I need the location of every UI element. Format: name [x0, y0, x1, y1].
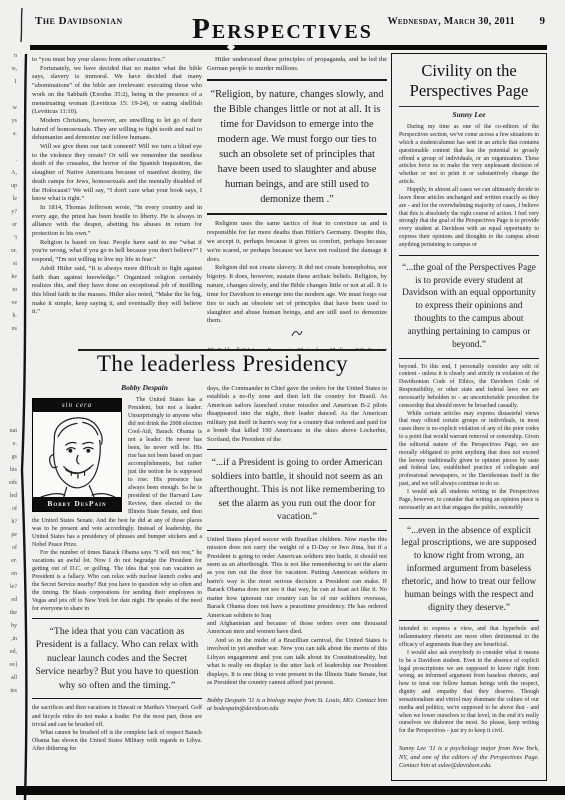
article-paragraph: Religion did not create slavery. It did …	[207, 264, 387, 326]
article-paragraph: United States played soccer with Brazili…	[207, 536, 387, 620]
civility-article-title: Civility on the Perspectives Page	[399, 61, 539, 107]
article-paragraph: For the number of times Barack Obama say…	[32, 549, 202, 613]
article-paragraph: Hitler understood these principles of pr…	[207, 56, 387, 74]
religion-article-left-column: to “you must buy your slaves from other …	[32, 56, 202, 348]
article-paragraph: During my time as one of the co-editors …	[399, 124, 539, 187]
publication-name: The Davidsonian	[35, 15, 123, 27]
presidency-pull-quote-mid: “...if a President is going to order Ame…	[207, 449, 387, 531]
page-bottom-rule	[16, 786, 565, 795]
portrait-sketch-icon	[33, 412, 121, 497]
article-paragraph: intended to express a view, and that hyp…	[399, 626, 539, 650]
cartoon-title: sin cera	[33, 399, 121, 412]
article-paragraph: In 1814, Thomas Jefferson wrote, “In eve…	[32, 204, 202, 239]
masthead-rule	[30, 45, 547, 50]
section-title: Perspectives	[175, 13, 390, 46]
article-paragraph: the sacrifices and then vacations in Haw…	[32, 704, 202, 728]
presidency-article-left-column: Bobby Despain sin cera	[32, 383, 202, 775]
civility-pull-quote-1: “...the goal of the Perspectives Page is…	[399, 255, 539, 359]
civility-pull-quote-2: “...even in the absence of explicit lega…	[399, 518, 539, 622]
edge-text-fragments-bottom: nat e. gs his eds led of h? pe of er. on…	[9, 425, 17, 698]
signature-squiggle	[289, 328, 305, 338]
civility-article-author: Sunny Lee	[399, 110, 539, 120]
article-paragraph: days, the Commander in Chief gave the or…	[207, 385, 387, 444]
presidency-article-mid-column: days, the Commander in Chief gave the or…	[207, 385, 387, 783]
article-paragraph: Adolf Hitler said, “It is always more di…	[32, 265, 202, 317]
article-paragraph: to “you must buy your slaves from other …	[32, 56, 202, 65]
article-paragraph: Modern Christians, however, are unwillin…	[32, 117, 202, 143]
article-paragraph: And so in the midst of a Brazillian carn…	[207, 637, 387, 688]
cartoon-portrait	[33, 412, 121, 497]
religion-article-mid-column: Hitler understood these principles of pr…	[207, 56, 387, 350]
article-paragraph: While certain articles may express dista…	[399, 411, 539, 489]
presidency-article-author: Bobby Despain	[87, 383, 202, 393]
article-paragraph: beyond. To this end, I personally consid…	[399, 364, 539, 411]
religion-pull-quote: “Religion, by nature, changes slowly, an…	[207, 79, 387, 216]
scan-edge-strip: n w, 1 w ys a. . A, up le y? er 't or. s…	[0, 0, 20, 800]
article-paragraph: I would ask all students writing to the …	[399, 489, 539, 513]
article-paragraph: Will we give them our tacit consent? Wil…	[32, 143, 202, 204]
newspaper-page: n w, 1 w ys a. . A, up le y? er 't or. s…	[0, 0, 565, 800]
page-number: 9	[540, 15, 546, 27]
presidency-article-byline: Bobby Despain '11 is a biology major fro…	[207, 697, 387, 714]
edge-text-fragments-top: n w, 1 w ys a. . A, up le y? er 't or. s…	[11, 50, 17, 336]
cartoon-artist-name: Bobby DesPain	[33, 497, 121, 511]
civility-article-byline: Sunny Lee '11 is a psychology major from…	[399, 745, 539, 771]
article-paragraph: What cannot be brushed off is the comple…	[32, 729, 202, 753]
article-paragraph: I would also ask everybody to consider w…	[399, 650, 539, 736]
article-paragraph: Fortunately, we have decided that no mat…	[32, 65, 202, 117]
editorial-cartoon: sin cera	[32, 398, 122, 512]
article-paragraph: Religion uses the same tactics of fear t…	[207, 220, 387, 264]
presidency-pull-quote-left: “The idea that you can vacation as Presi…	[32, 618, 202, 700]
issue-date: Wednesday, March 30, 2011	[388, 16, 515, 27]
presidency-article-title: The leaderless Presidency	[55, 351, 390, 377]
article-paragraph: Religion is based on fear. People have s…	[32, 239, 202, 265]
civility-article-box: Civility on the Perspectives Page Sunny …	[391, 53, 547, 781]
article-paragraph: and Afghanistan and because of those ord…	[207, 620, 387, 637]
article-paragraph: Happily, in almost all cases we can ulti…	[399, 187, 539, 250]
